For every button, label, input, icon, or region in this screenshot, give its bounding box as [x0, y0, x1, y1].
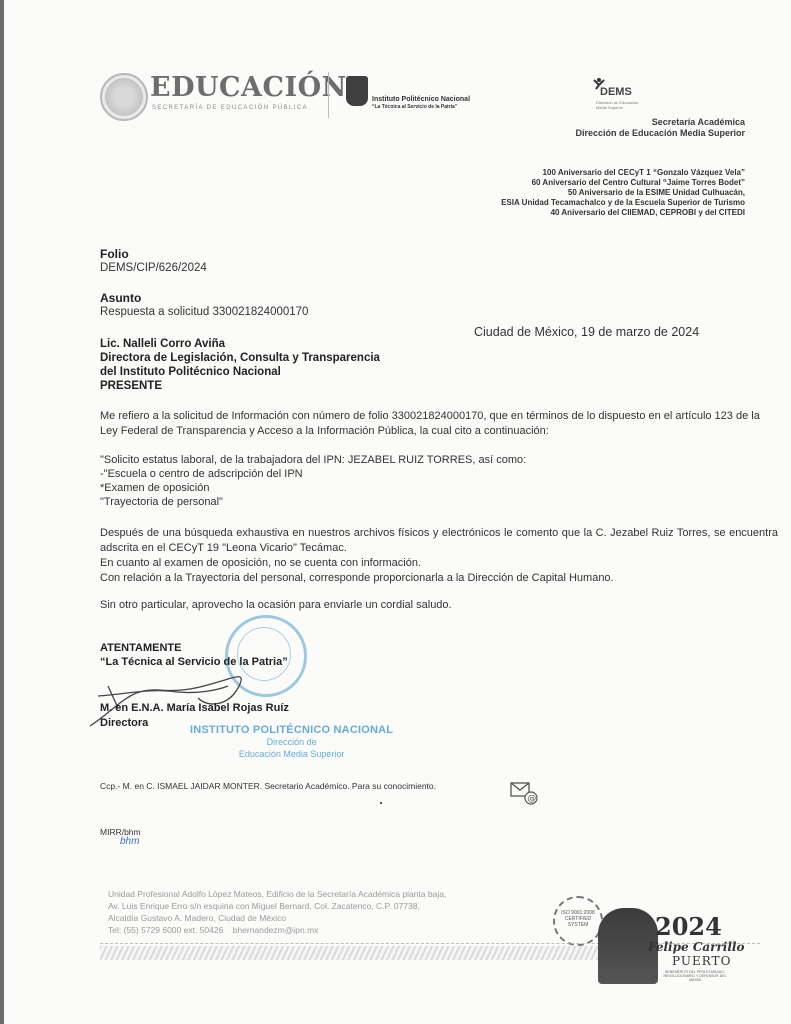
recipient-block: Lic. Nalleli Corro Aviña Directora de Le…: [100, 337, 380, 393]
iso-certification-badge: ISO 9001:2008 CERTIFIED SYSTEM: [553, 896, 603, 946]
stamp-line2: Dirección de: [190, 736, 393, 748]
response-block: Después de una búsqueda exhaustiva en nu…: [100, 526, 778, 586]
intro-paragraph: Me refiero a la solicitud de Información…: [100, 409, 778, 439]
signoff-motto: “La Técnica al Servicio de la Patria”: [100, 655, 288, 669]
address-line: Unidad Profesional Adolfo López Mateos, …: [108, 888, 446, 900]
department-line2: Dirección de Educación Media Superior: [575, 128, 745, 138]
atentamente-label: ATENTAMENTE: [100, 641, 288, 655]
asunto-value: Respuesta a solicitud 330021824000170: [100, 306, 308, 318]
folio-label: Folio: [100, 247, 129, 261]
ipn-motto: “La Técnica al Servicio de la Patria”: [372, 104, 457, 110]
anniversary-line: ESIA Unidad Tecamachalco y de la Escuela…: [501, 198, 745, 208]
commemoration-year: 2024: [655, 912, 722, 941]
anniversary-line: 100 Aniversario del CECyT 1 “Gonzalo Váz…: [501, 168, 745, 178]
stamp-line3: Educación Media Superior: [190, 748, 393, 760]
stamp-line1: INSTITUTO POLITÉCNICO NACIONAL: [190, 724, 393, 736]
svg-text:@: @: [527, 794, 536, 804]
letter-date: Ciudad de México, 19 de marzo de 2024: [474, 325, 699, 339]
commemoration-surname: PUERTO: [672, 954, 731, 968]
commemoration-subtitle: BENEMÉRITO DEL PROLETARIADO, REVOLUCIONA…: [660, 970, 730, 982]
institution-stamp: INSTITUTO POLITÉCNICO NACIONAL Dirección…: [190, 724, 393, 760]
anniversary-line: 60 Aniversario del Centro Cultural “Jaim…: [501, 178, 745, 188]
iso-badge-text: ISO 9001:2008 CERTIFIED SYSTEM: [555, 910, 601, 928]
address-line: Av. Luis Enrique Erro s/n esquina con Mi…: [108, 900, 446, 912]
initials-signature: bhm: [120, 836, 139, 847]
dems-logo-subtitle: Dirección de Educación Media Superior: [596, 100, 642, 110]
signoff-block: ATENTAMENTE “La Técnica al Servicio de l…: [100, 641, 288, 669]
footer-address: Unidad Profesional Adolfo López Mateos, …: [108, 888, 446, 936]
address-line: Alcaldía Gustavo A. Madero, Ciudad de Mé…: [108, 912, 446, 924]
recipient-position: Directora de Legislación, Consulta y Tra…: [100, 351, 380, 365]
quote-line: "Solicito estatus laboral, de la trabaja…: [100, 453, 526, 467]
stray-mark: [380, 802, 382, 804]
dems-logo: DEMS Dirección de Educación Media Superi…: [592, 78, 642, 108]
anniversary-line: 40 Aniversario del CIIEMAD, CEPROBI y de…: [501, 208, 745, 218]
closing-paragraph: Sin otro particular, aprovecho la ocasió…: [100, 598, 778, 613]
header-divider: [328, 72, 329, 118]
ccp-line: Ccp.- M. en C. ISMAEL JAIDAR MONTER. Sec…: [100, 781, 436, 791]
decorative-pattern-band: [100, 946, 600, 960]
response-line: Con relación a la Trayectoria del person…: [100, 571, 778, 586]
address-line: Tel: (55) 5729 6000 ext. 50426 bhernande…: [108, 924, 446, 936]
ipn-name: Instituto Politécnico Nacional: [372, 96, 470, 103]
asunto-label: Asunto: [100, 291, 141, 305]
response-line: Después de una búsqueda exhaustiva en nu…: [100, 526, 778, 556]
signer-name: M. en E.N.A. María Isabel Rojas Ruíz: [100, 701, 289, 716]
quoted-request: "Solicito estatus laboral, de la trabaja…: [100, 453, 526, 509]
commemoration-name: Felipe Carrillo: [648, 940, 744, 954]
response-line: En cuanto al examen de oposición, no se …: [100, 556, 778, 571]
mexican-coat-of-arms-icon: [100, 73, 148, 121]
quote-line: "Trayectoria de personal": [100, 495, 526, 509]
recipient-name: Lic. Nalleli Corro Aviña: [100, 337, 380, 351]
recipient-institution: del Instituto Politécnico Nacional: [100, 365, 380, 379]
anniversaries-block: 100 Aniversario del CECyT 1 “Gonzalo Váz…: [501, 168, 745, 218]
quote-line: -"Escuela o centro de adscripción del IP…: [100, 467, 526, 481]
anniversary-line: 50 Aniversario de la ESIME Unidad Culhua…: [501, 188, 745, 198]
education-subtitle: SECRETARÍA DE EDUCACIÓN PÚBLICA: [152, 105, 308, 111]
quote-line: *Examen de oposición: [100, 481, 526, 495]
scan-edge: [0, 0, 4, 1024]
email-icon: @: [510, 780, 540, 806]
department-line1: Secretaría Académica: [652, 117, 745, 127]
dems-logo-text: DEMS: [600, 86, 632, 98]
folio-value: DEMS/CIP/626/2024: [100, 262, 207, 274]
recipient-presente: PRESENTE: [100, 379, 380, 393]
education-title: EDUCACIÓN: [150, 72, 347, 103]
ipn-logo-icon: [346, 76, 368, 106]
